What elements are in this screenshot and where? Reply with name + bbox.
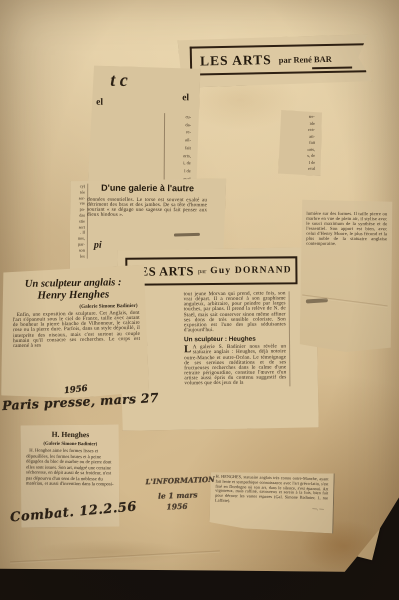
scrapbook-photo: LES ARTS par René BAR t c el el cu-da-re…: [0, 0, 399, 600]
gallery-credit: (Galerie Simone Badinier): [20, 441, 120, 447]
section-title: LES ARTS: [200, 52, 272, 69]
column-fragment-line: l de: [167, 167, 191, 175]
article-column: tout jeune Morvan qui prend, cette fois,…: [184, 291, 291, 386]
handwritten-date: le 1 mars: [158, 490, 215, 501]
headline-fragment: t c: [110, 70, 128, 91]
column-fragment-line: re-: [167, 129, 191, 137]
column-fragment-line: fait: [167, 144, 191, 152]
headline-fragment: el: [182, 93, 189, 103]
headline-box: LES ARTS par René BAR: [190, 43, 367, 75]
handwritten-source-information: L'INFORMATION le 1 mars 1956: [145, 475, 215, 512]
rule-line: [312, 67, 352, 70]
torn-column-fragments: cu-da-re-ail-faitorts,i, del deeval: [164, 113, 191, 183]
article-body: H. HENGHES, statuaire anglais très connu…: [215, 475, 329, 507]
byline: par René BAR: [279, 53, 332, 64]
drop-cap: L: [184, 345, 191, 354]
article-paragraph: LA galerie S. Badinier nous révèle un st…: [184, 345, 286, 387]
handwritten-title: L'INFORMATION: [145, 475, 214, 486]
article-body: Enfin, une exposition de sculpture. Cet …: [13, 311, 141, 349]
headline-fragment: el: [96, 98, 103, 108]
torn-column-fragments: cy)téeser-vrepa-dasstiesert. Ilnos,par-s…: [72, 184, 88, 259]
article-subhead: Un sculpteur : Heughes: [184, 336, 286, 344]
torn-column-fragments: tre-iderea-ati-faitorts,s, del deeval: [287, 114, 315, 173]
clipping-torn-fragment-top: t c el el cu-da-re-ail-faitorts,i, del d…: [88, 66, 201, 193]
column-fragment-line: eval: [287, 166, 315, 173]
column-fragment-line: i, de: [167, 159, 191, 167]
byline: Guy DORNAND: [210, 265, 292, 276]
column-fragment-line: da-: [167, 121, 191, 129]
article-body: données essentielles. Le torse est souve…: [87, 198, 207, 219]
paragraph-text: A galerie S. Badinier nous révèle un sta…: [184, 344, 286, 387]
clipping-info-note: H. HENGHES, statuaire anglais très connu…: [209, 470, 334, 533]
headline-fragment: pi: [94, 240, 102, 251]
clipping-sculpteur-anglais: Un sculpteur anglais : Henry Henghes (Ga…: [0, 265, 149, 400]
article-headline: D'une galerie à l'autre: [101, 183, 194, 193]
article-headline: Henry Henghes: [0, 288, 147, 303]
clipping-right-strip: lumière sur des formes. Il taille pierre…: [300, 200, 393, 352]
signature-smudge: [174, 233, 200, 237]
signature-smudge: [306, 298, 328, 303]
paper-crease: [10, 551, 220, 564]
paper-stain: [30, 540, 190, 564]
article-paragraph: tout jeune Morvan qui prend, cette fois,…: [184, 291, 286, 333]
column-fragment-line: les: [72, 253, 85, 259]
article-body: lumière sur des formes. Il taille pierre…: [306, 211, 387, 246]
clipping-les-arts-rene: LES ARTS par René BAR: [178, 34, 373, 88]
article-headline: H. Henghes: [20, 429, 120, 439]
handwritten-year: 1956: [166, 501, 216, 512]
clipping-torn-fragment-right: tre-iderea-ati-faitorts,s, del deeval: [278, 110, 322, 176]
column-fragment-line: ail-: [167, 136, 191, 144]
headline-box: LES ARTS par Guy DORNAND: [125, 256, 297, 285]
article-body: H. Henghes aime les formes lisses et dép…: [26, 449, 115, 488]
byline-par: par: [198, 268, 206, 275]
column-fragment-line: cu-: [167, 113, 191, 121]
column-fragment-line: orts,: [167, 152, 191, 160]
